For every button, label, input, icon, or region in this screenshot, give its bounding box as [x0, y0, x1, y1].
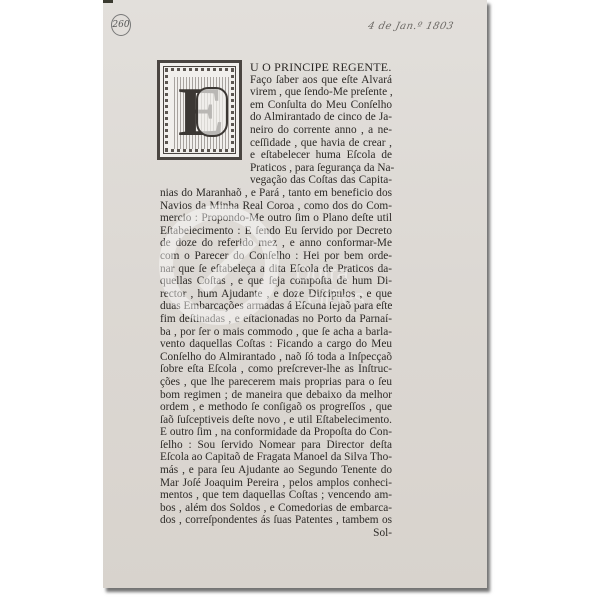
text-line: E outro ſim , na conformidade da Propoſt…: [160, 426, 392, 439]
handwritten-date: 4 de Jan.º 1803: [367, 21, 455, 32]
text-line: nar que ſe eſtabeleça a dita Eſcola de P…: [160, 263, 392, 276]
text-line: ſelho : Sou ſervido Nomear para Director…: [160, 439, 392, 452]
text-line: mentos , que tem daquellas Coſtas ; venc…: [160, 489, 392, 502]
text-line: Eſtabelecimento : E ſendo Eu ſervido por…: [160, 225, 392, 238]
text-line: com o Parecer do Conſelho : Hei por bem …: [160, 250, 392, 263]
coat-of-arms-icon: [196, 87, 228, 137]
text-line: bom regimen ; de maneira que debaixo da …: [160, 389, 392, 402]
text-line: Mar Joſé Joaquim Pereira , pelos amplos …: [160, 477, 392, 490]
text-line: nias do Maranhaõ , e Pará , tanto em ben…: [160, 187, 392, 200]
decorative-initial: E: [157, 60, 242, 160]
text-line: rector , hum Ajudante , e doze Diſcipulo…: [160, 288, 392, 301]
text-line: em Conſulta do Meu Conſelho: [250, 99, 392, 112]
text-line: virem , que ſendo-Me preſente ,: [250, 86, 392, 99]
text-line: Praticos , para ſegurança da Na-: [250, 162, 392, 175]
text-line: ceſſidade , que havia de crear ,: [250, 137, 392, 150]
text-line: U O PRINCIPE REGENTE.: [250, 61, 392, 74]
text-line: más , e para ſeu Ajudante ao Segundo Ten…: [160, 464, 392, 477]
text-line: e eſtabelecer huma Eſcola de: [250, 149, 392, 162]
text-line: Conſelho do Almirantado , naõ ſó toda a …: [160, 351, 392, 364]
text-line: mercio : Propondo-Me outro ſim o Plano d…: [160, 212, 392, 225]
folio-number: 260: [111, 14, 131, 36]
text-line: dos , correſpondentes ás ſuas Patentes ,…: [160, 514, 392, 527]
text-line: ções , que lhe parecerem mais proprias p…: [160, 376, 392, 389]
text-line: de doze do referido mez , e anno conform…: [160, 237, 392, 250]
text-column-wide: nias do Maranhaõ , e Pará , tanto em ben…: [160, 187, 392, 540]
text-line: do Almirantado de cinco de Ja-: [250, 111, 392, 124]
text-line: duas Embarcações armadas á Eſcuna ſejaõ …: [160, 300, 392, 313]
text-line: vento daquellas Coſtas : Ficando a cargo…: [160, 338, 392, 351]
scan-edge: [103, 0, 113, 3]
text-line: fim deſtinadas , e eſtacionadas no Porto…: [160, 313, 392, 326]
text-line: ſobre eſta Eſcola , como preſcrever-lhe …: [160, 363, 392, 376]
text-line: Eſcola ao Capitaõ de Fragata Manoel da S…: [160, 451, 392, 464]
text-line: Faço ſaber aos que eſte Alvará: [250, 74, 392, 87]
text-line: Navios da Minha Real Coroa , como dos do…: [160, 200, 392, 213]
text-column-narrow: U O PRINCIPE REGENTE. Faço ſaber aos que…: [250, 61, 392, 187]
document-page: 260 4 de Jan.º 1803 E U O PRINCIPE REGEN…: [103, 0, 487, 588]
catchword: Sol-: [160, 527, 392, 540]
text-line: ordem , e methodo ſe conſigaõ os progreſ…: [160, 401, 392, 414]
text-line: ba , por ſer o mais commodo , que ſe ach…: [160, 326, 392, 339]
text-line: vegação das Coſtas das Capita-: [250, 174, 392, 187]
text-line: ſaõ ſuſceptiveis deſte novo , e util Eſt…: [160, 414, 392, 427]
text-line: bos , além dos Soldos , e Comedorias de …: [160, 502, 392, 515]
text-line: neiro do corrente anno , a ne-: [250, 124, 392, 137]
text-line: quellas Coſtas , e que ſeja compoſta de …: [160, 275, 392, 288]
